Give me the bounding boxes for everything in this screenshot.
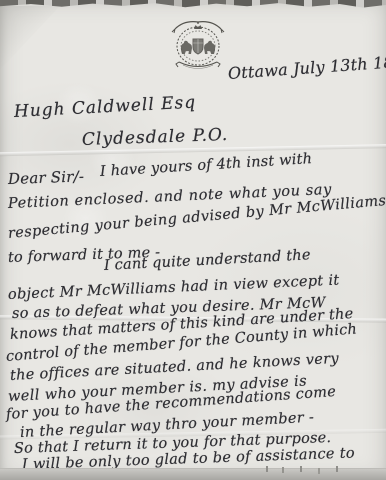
salutation: Dear Sir/- bbox=[8, 167, 85, 188]
letter-page: Ottawa July 13th 1894 Hugh Caldwell Esq … bbox=[0, 0, 386, 480]
scanner-edge-strip bbox=[0, 468, 386, 480]
place-date-line: Ottawa July 13th 1894 bbox=[227, 51, 386, 83]
faint-pencil-marks bbox=[266, 464, 356, 474]
recipient-address-line: Clydesdale P.O. bbox=[82, 125, 229, 150]
royal-coat-of-arms-icon bbox=[166, 16, 230, 74]
